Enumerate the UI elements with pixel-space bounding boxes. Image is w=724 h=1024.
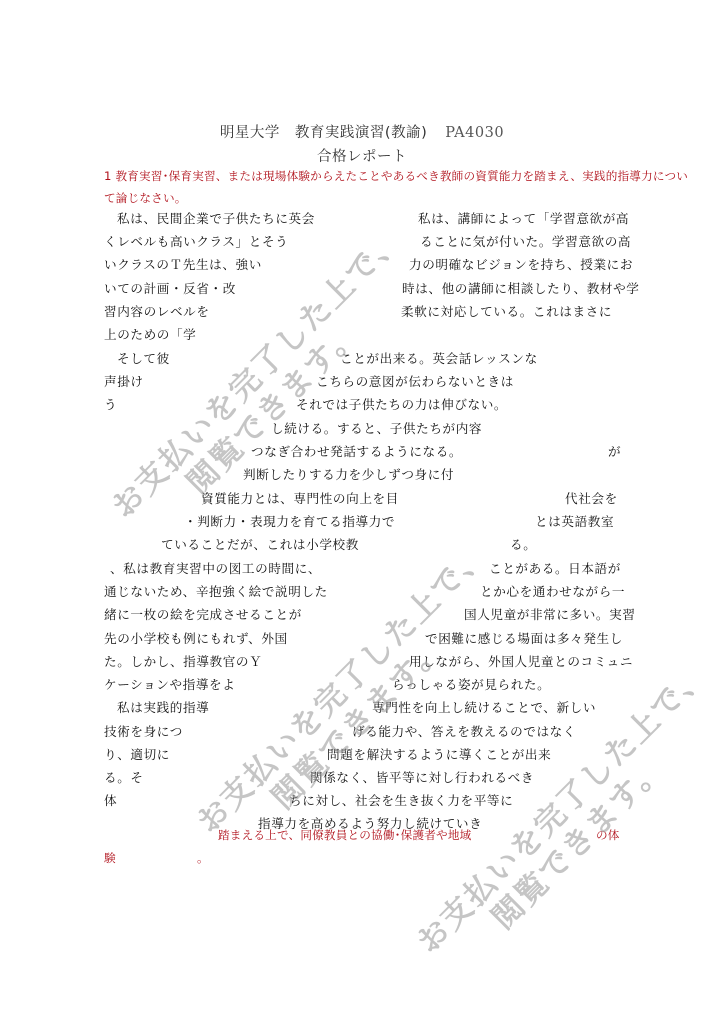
body-line-5-right: 柔軟に対応している。これはまさに	[401, 304, 612, 320]
body-line-20-left: た。しかし、指導教官のＹ	[104, 654, 262, 670]
body-line-8-left: 声掛け	[104, 374, 144, 390]
footer-question-line-2-left: 験	[104, 850, 116, 866]
body-line-1-left: 私は、民間企業で子供たちに英会	[117, 211, 315, 227]
body-line-9-right: それでは子供たちの力は伸びない。	[296, 397, 507, 413]
body-line-22-left: 私は実践的指導	[117, 700, 209, 716]
body-line-18-right: 国人児童が非常に多い。実習	[464, 607, 636, 623]
body-line-19-left: 先の小学校も例にもれず、外国	[104, 631, 288, 647]
footer-question-line-2-right: 。	[197, 850, 209, 866]
body-line-8-right: こちらの意図が伝わらないときは	[316, 374, 514, 390]
question-line-2: て論じなさい。	[104, 190, 187, 206]
document-page: 明星大学 教育実践演習(教諭)PA4030 合格レポート 1 教育実習･保育実習…	[0, 0, 724, 1024]
body-line-16-right: 、私は教育実習中の図工の時間に、	[110, 561, 321, 577]
body-line-13-right: 資質能力とは、専門性の向上を目	[201, 491, 399, 507]
watermark-3-line-2: 閲覧できます。	[485, 681, 724, 937]
body-line-19-right: で困難に感じる場面は多々発生し	[425, 631, 623, 647]
body-line-5-left: 習内容のレベルを	[104, 304, 210, 320]
body-line-22-right: 専門性を向上し続けることで、新しい	[372, 700, 596, 716]
body-line-17-right: とか心を通わせながら一	[480, 584, 625, 600]
title-text: 明星大学 教育実践演習(教諭)	[220, 125, 427, 141]
body-line-21-left: ケーションや指導をよ	[104, 677, 235, 693]
body-line-7-left: そして彼	[117, 351, 170, 367]
body-line-4-left: いての計画・反省・改	[104, 281, 236, 297]
course-code: PA4030	[445, 125, 504, 141]
body-line-21-right: らっしゃる姿が見られた。	[392, 677, 550, 693]
body-line-13-far: 代社会を	[565, 491, 618, 507]
body-line-16-far: ことがある。日本語が	[489, 561, 621, 577]
body-line-20-right: 用しながら、外国人児童とのコミュニ	[409, 654, 633, 670]
body-line-24-right: 問題を解決するように導くことが出来	[327, 747, 551, 763]
body-line-23-right: げる能力や、答えを教えるのではなく	[352, 724, 576, 740]
body-line-3-right: 力の明確なビジョンを持ち、授業にお	[409, 257, 633, 273]
body-line-26-left: 体	[104, 793, 117, 809]
body-line-23-left: 技術を身につ	[104, 724, 183, 740]
body-line-14-right: ・判断力・表現力を育てる指導力で	[184, 514, 395, 530]
question-line-1: 1 教育実習･保育実習、または現場体験からえたことやあるべき教師の資質能力を踏ま…	[104, 168, 688, 184]
document-title: 明星大学 教育実践演習(教諭)PA4030	[0, 121, 724, 142]
body-line-27-right: 指導力を高めるよう努力し続けていき	[258, 816, 482, 832]
body-line-15-far: る。	[510, 537, 536, 553]
body-line-18-left: 緒に一枚の絵を完成させることが	[104, 607, 302, 623]
document-subtitle: 合格レポート	[0, 145, 724, 166]
body-line-2-right: ることに気が付いた。学習意欲の高	[420, 234, 631, 250]
body-line-17-left: 通じないため、辛抱強く絵で説明した	[104, 584, 328, 600]
body-line-1-right: 私は、講師によって「学習意欲が高	[418, 211, 629, 227]
body-line-11-right: つなぎ合わせ発話するようになる。	[251, 444, 462, 460]
body-line-14-far: とは英語教室	[535, 514, 614, 530]
body-line-4-right: 時は、他の講師に相談したり、教材や学	[402, 281, 640, 297]
body-line-9-left: う	[104, 397, 117, 413]
body-line-6-left: 上のための「学	[104, 327, 196, 343]
body-line-12-right: 判断したりする力を少しずつ身に付	[243, 467, 454, 483]
body-line-25-left: る。そ	[104, 770, 144, 786]
body-line-2-left: くレベルも高いクラス」とそう	[104, 234, 288, 250]
body-line-11-far: が	[608, 444, 621, 460]
body-line-3-left: いクラスのＴ先生は、強い	[104, 257, 262, 273]
body-line-7-right: ことが出来る。英会話レッスンな	[340, 351, 538, 367]
body-line-15-right: ていることだが、これは小学校教	[161, 537, 359, 553]
body-line-25-right: 関係なく、皆平等に対し行われるべき	[310, 770, 534, 786]
body-line-24-left: り、適切に	[104, 747, 170, 763]
footer-question-line-1-right: の体	[596, 827, 620, 843]
body-line-26-right: ちに対し、社会を生き抜く力を平等に	[289, 793, 513, 809]
body-line-10-right: し続ける。すると、子供たちが内容	[271, 421, 482, 437]
